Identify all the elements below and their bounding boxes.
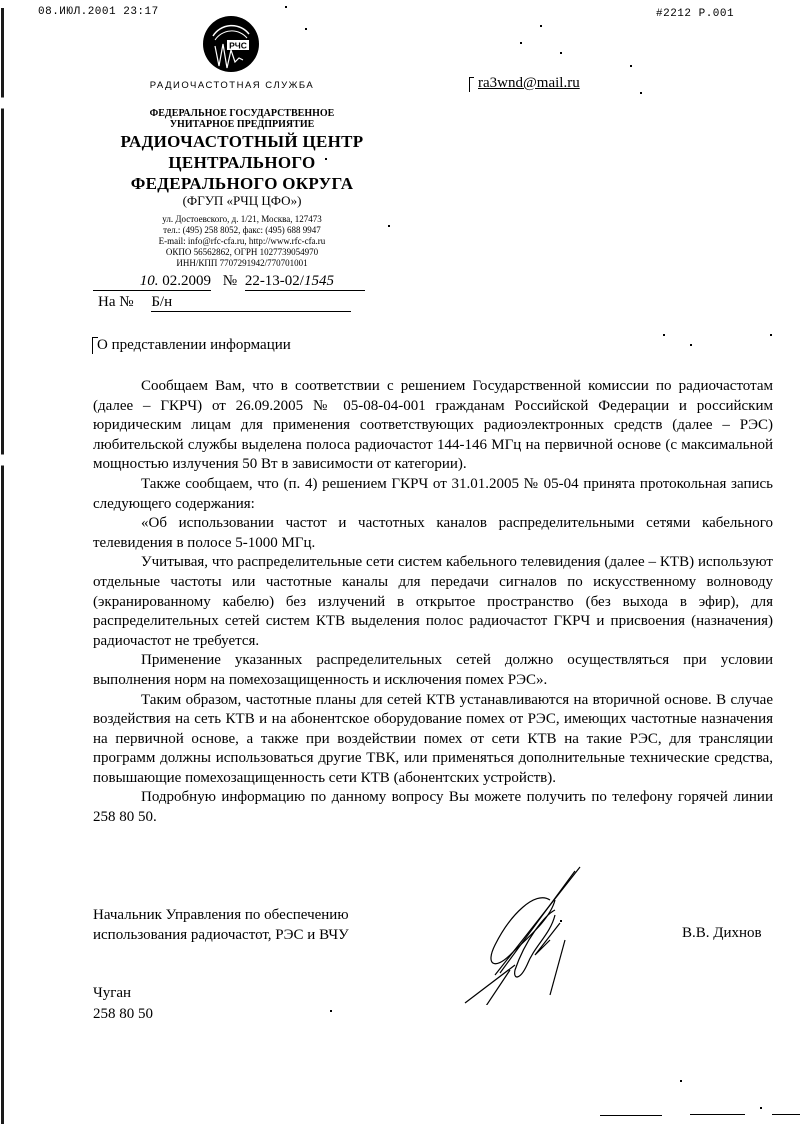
scan-noise: [0, 0, 800, 1124]
